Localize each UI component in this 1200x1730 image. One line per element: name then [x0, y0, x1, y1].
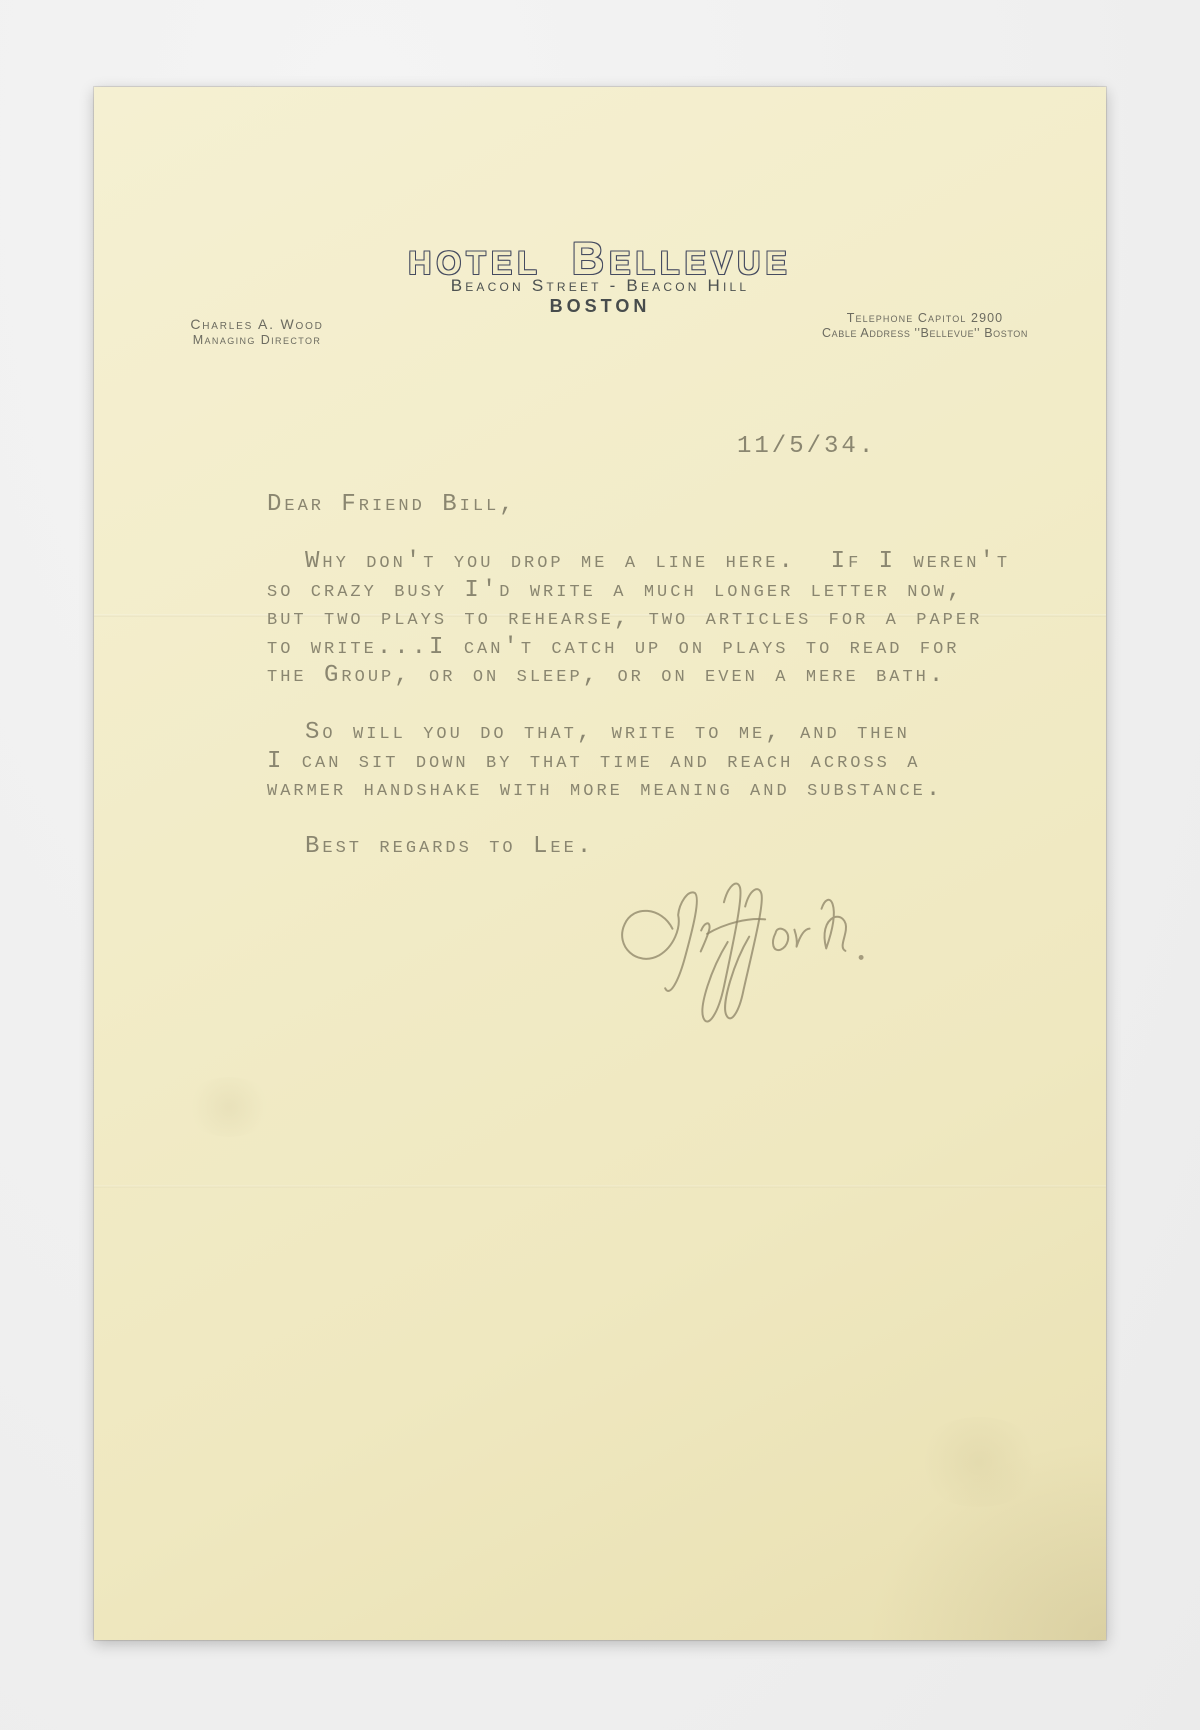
manager-title: Managing Director — [152, 333, 362, 347]
contact-block: Telephone Capitol 2900 Cable Address ''B… — [794, 311, 1056, 340]
letter-paragraph: Why don't you drop me a line here. If I … — [267, 548, 1057, 691]
salutation: Dear Friend Bill, — [267, 491, 1057, 520]
street-address-line: Beacon Street - Beacon Hill — [94, 276, 1106, 296]
letter-body: Dear Friend Bill, Why don't you drop me … — [267, 491, 1057, 862]
closing-line: Best regards to Lee. — [267, 833, 1057, 862]
paper-corner-shading — [866, 1440, 1106, 1640]
paper-stain — [184, 1077, 274, 1137]
managing-director-block: Charles A. Wood Managing Director — [152, 316, 362, 347]
cable-address-line: Cable Address ''Bellevue'' Boston — [794, 326, 1056, 340]
signature-strokes — [584, 865, 880, 1046]
signature-clifford — [584, 865, 880, 1046]
scan-background: Hotel Bellevue Beacon Street - Beacon Hi… — [0, 0, 1200, 1730]
paper-stain — [914, 1417, 1044, 1507]
letter-date: 11/5/34. — [737, 433, 876, 462]
manager-name: Charles A. Wood — [152, 316, 362, 332]
fold-crease-lower — [94, 1185, 1106, 1188]
letter-paragraph: So will you do that, write to me, and th… — [267, 719, 1057, 805]
telephone-line: Telephone Capitol 2900 — [794, 311, 1056, 325]
letter-sheet: Hotel Bellevue Beacon Street - Beacon Hi… — [94, 87, 1106, 1640]
